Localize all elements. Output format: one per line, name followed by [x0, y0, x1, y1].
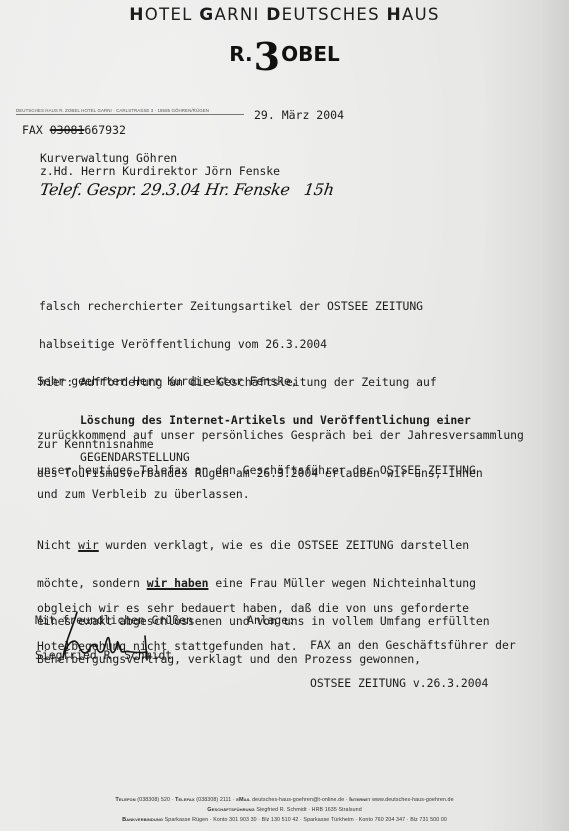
title-rest: AUS	[402, 5, 440, 24]
enclosure-line: OSTSEE ZEITUNG v.26.3.2004	[310, 677, 516, 690]
fax-label: FAX	[22, 123, 43, 137]
footer-label: Bankverbindung	[122, 817, 163, 823]
struck-prefix: 03081	[50, 123, 85, 137]
fax-number: FAX 03081667932	[22, 123, 126, 137]
footer-value: Sparkasse Rügen · Konto 301 903 30 · Blz…	[165, 817, 447, 823]
owner-prefix: R.	[229, 42, 252, 66]
letter-page: HOTEL GARNI DEUTSCHES HAUS R.3OBEL DEUTS…	[0, 0, 569, 831]
paragraph-2: zur Kenntnisnahme	[37, 438, 154, 451]
salutation: Sehr geehrter Herr Kurdirektor Fenske,	[37, 375, 298, 388]
letter-date: 29. März 2004	[254, 108, 344, 122]
text: Nicht	[37, 538, 78, 552]
footer-value: deutsches-haus-goehren@t-online.de	[252, 797, 344, 803]
handwritten-note: Telef. Gespr. 29.3.04 Hr. Fenske 15h	[39, 180, 336, 199]
title-cap: D	[266, 5, 281, 25]
footer-management-line: Geschäftsführung Siegfried R. Schmidt · …	[0, 807, 569, 813]
owner-rest: OBEL	[281, 42, 340, 66]
body-line: Nicht wir wurden verklagt, wie es die OS…	[37, 539, 490, 552]
fax-digits: 667932	[84, 123, 126, 137]
recipient-block: Kurverwaltung Göhrenz.Hd. Herrn Kurdirek…	[40, 152, 280, 177]
recipient-line: z.Hd. Herrn Kurdirektor Jörn Fenske	[40, 165, 280, 178]
footer-value: www.deutsches-haus-goehren.de	[372, 797, 454, 803]
footer-value: Siegfried R. Schmidt · HRB 1635 Stralsun…	[256, 807, 361, 813]
paragraph-4: und zum Verbleib zu überlassen.	[37, 488, 250, 501]
recipient-line: Kurverwaltung Göhren	[40, 152, 280, 165]
footer-contact-line: Telefon (038308) 520 · Telefax (038308) …	[0, 797, 569, 803]
enclosure-text: FAX an den Geschäftsführer der OSTSEE ZE…	[310, 614, 516, 715]
underlined-wir: wir	[78, 538, 99, 552]
footer-value: (038308) 520	[137, 797, 170, 803]
footer-value: (038308) 2111	[196, 797, 231, 803]
owner-initial-logo: 3	[254, 34, 280, 79]
footer-bank-line: Bankverbindung Sparkasse Rügen · Konto 3…	[0, 817, 569, 823]
signatory-name: Siegfried R. Schmidt	[35, 649, 172, 662]
title-cap: G	[199, 5, 214, 25]
title-cap: H	[386, 5, 402, 25]
footer-label: Geschäftsführung	[207, 807, 255, 813]
subject-line: falsch recherchierter Zeitungsartikel de…	[39, 300, 471, 313]
enclosure-label: Anlage:	[247, 614, 295, 627]
footer-label: Internet	[349, 797, 370, 803]
paragraph-3: unser heutiges Telefax an den Geschäftsf…	[37, 464, 476, 477]
title-rest: ARNI	[214, 5, 266, 24]
sender-address-line: DEUTSCHES HAUS R. ZOBEL HOTEL GARNI · CA…	[16, 108, 244, 115]
hotel-name-heading: HOTEL GARNI DEUTSCHES HAUS	[0, 5, 569, 25]
footer-label: Telefax	[175, 797, 195, 803]
text: wurden verklagt, wie es die OSTSEE ZEITU…	[99, 538, 469, 552]
footer-label: Telefon	[115, 797, 135, 803]
subject-line: halbseitige Veröffentlichung vom 26.3.20…	[39, 338, 471, 351]
title-rest: OTEL	[145, 5, 199, 24]
owner-logo: R.3OBEL	[0, 34, 569, 79]
enclosure-line: FAX an den Geschäftsführer der	[310, 639, 516, 652]
footer-label: eMail	[236, 797, 250, 803]
title-rest: EUTSCHES	[282, 5, 387, 24]
title-cap: H	[129, 5, 145, 25]
